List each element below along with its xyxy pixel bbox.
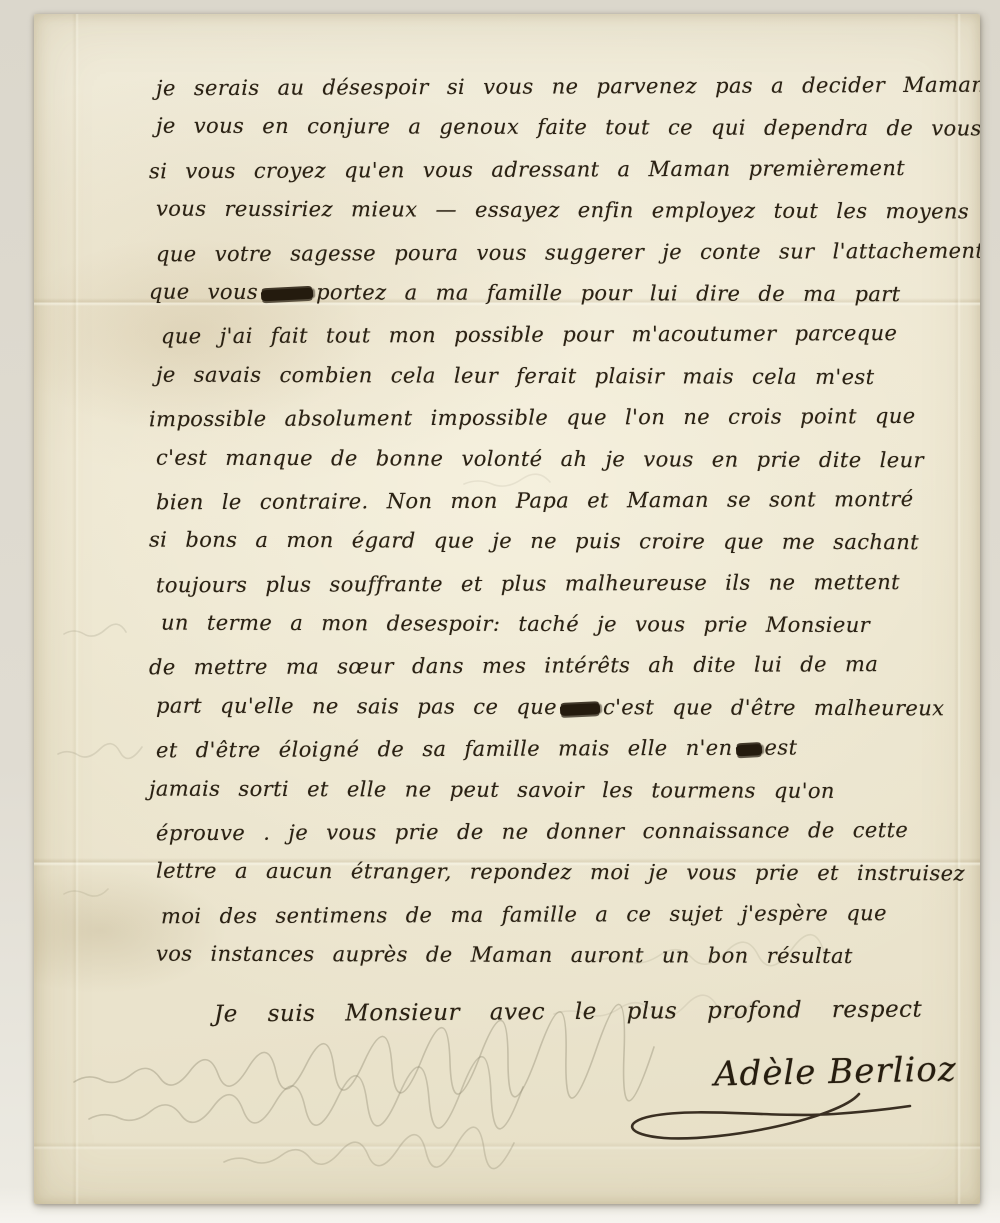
letter-line: si bons a mon égard que je ne puis croir… — [149, 520, 968, 564]
letter-text: un terme a mon desespoir: taché je vous … — [161, 611, 870, 637]
letter-line: éprouve . je vous prie de ne donner conn… — [156, 810, 968, 855]
letter-line: si vous croyez qu'en vous adressant a Ma… — [149, 147, 968, 192]
letter-line: impossible absolument impossible que l'o… — [149, 396, 968, 441]
letter-text: impossible absolument impossible que l'o… — [149, 404, 916, 431]
letter-line: lettre a aucun étranger, repondez moi je… — [156, 851, 968, 895]
letter-line: jamais sorti et elle ne peut savoir les … — [149, 768, 968, 812]
letter-text: que votre sagesse poura vous suggerer je… — [156, 238, 980, 266]
letter-line: moi des sentimens de ma famille a ce suj… — [161, 893, 968, 938]
letter-line: bien le contraire. Non mon Papa et Maman… — [156, 479, 968, 524]
letter-line: que votre sagesse poura vous suggerer je… — [156, 230, 968, 275]
scanned-letter: je serais au désespoir si vous ne parven… — [0, 0, 1000, 1223]
letter-text: est — [764, 736, 797, 760]
letter-line: je vous en conjure a genoux faite tout c… — [156, 106, 968, 150]
letter-text: de mettre ma sœur dans mes intérêts ah d… — [149, 653, 878, 680]
letter-text: jamais sorti et elle ne peut savoir les … — [149, 776, 835, 802]
scribbled-out-word — [560, 703, 600, 716]
letter-text: que j'ai fait tout mon possible pour m'a… — [161, 321, 897, 348]
letter-text: bien le contraire. Non mon Papa et Maman… — [156, 487, 914, 514]
letter-paper: je serais au désespoir si vous ne parven… — [34, 14, 980, 1204]
scribbled-out-word — [261, 288, 313, 302]
signature: Adèle Berlioz — [714, 1049, 958, 1094]
letter-line: je savais combien cela leur ferait plais… — [156, 354, 968, 398]
letter-text: c'est que d'être malheureux — [603, 695, 945, 720]
closing-line: Je suis Monsieur avec le plus profond re… — [214, 997, 922, 1028]
letter-text: c'est manque de bonne volonté ah je vous… — [156, 445, 924, 472]
letter-line: que j'ai fait tout mon possible pour m'a… — [161, 313, 968, 358]
letter-line: part qu'elle ne sais pas ce quec'est que… — [156, 685, 968, 729]
letter-text: portez a ma famille pour lui dire de ma … — [316, 280, 901, 306]
letter-text: je savais combien cela leur ferait plais… — [156, 362, 875, 389]
letter-text: et d'être éloigné de sa famille mais ell… — [156, 736, 733, 763]
letter-text: si bons a mon égard que je ne puis croir… — [149, 528, 919, 555]
letter-line: vos instances auprès de Maman auront un … — [156, 934, 968, 978]
fold-crease-vertical — [72, 14, 79, 1204]
signature-flourish — [604, 1092, 914, 1156]
letter-text: je serais au désespoir si vous ne parven… — [156, 72, 980, 100]
letter-text: moi des sentimens de ma famille a ce suj… — [161, 901, 887, 928]
letter-line: un terme a mon desespoir: taché je vous … — [161, 603, 968, 647]
letter-line: de mettre ma sœur dans mes intérêts ah d… — [149, 644, 968, 689]
letter-line: et d'être éloigné de sa famille mais ell… — [156, 727, 968, 772]
letter-text: vos instances auprès de Maman auront un … — [156, 942, 853, 968]
letter-line: toujours plus souffrante et plus malheur… — [156, 561, 968, 606]
letter-line: que vousportez a ma famille pour lui dir… — [149, 272, 968, 316]
letter-text: part qu'elle ne sais pas ce que — [156, 693, 557, 718]
letter-text: éprouve . je vous prie de ne donner conn… — [156, 818, 908, 845]
letter-line: vous reussiriez mieux — essayez enfin em… — [156, 189, 968, 233]
scribbled-out-word — [735, 744, 762, 756]
letter-text: toujours plus souffrante et plus malheur… — [156, 570, 900, 597]
letter-text: vous reussiriez mieux — essayez enfin em… — [156, 197, 969, 224]
letter-text: si vous croyez qu'en vous adressant a Ma… — [149, 156, 905, 183]
letter-line: c'est manque de bonne volonté ah je vous… — [156, 437, 968, 481]
letter-text: je vous en conjure a genoux faite tout c… — [156, 114, 980, 141]
letter-line: je serais au désespoir si vous ne parven… — [156, 65, 968, 110]
letter-body: je serais au désespoir si vous ne parven… — [156, 66, 968, 977]
letter-text: lettre a aucun étranger, repondez moi je… — [156, 859, 965, 886]
letter-text: que vous — [149, 280, 258, 304]
